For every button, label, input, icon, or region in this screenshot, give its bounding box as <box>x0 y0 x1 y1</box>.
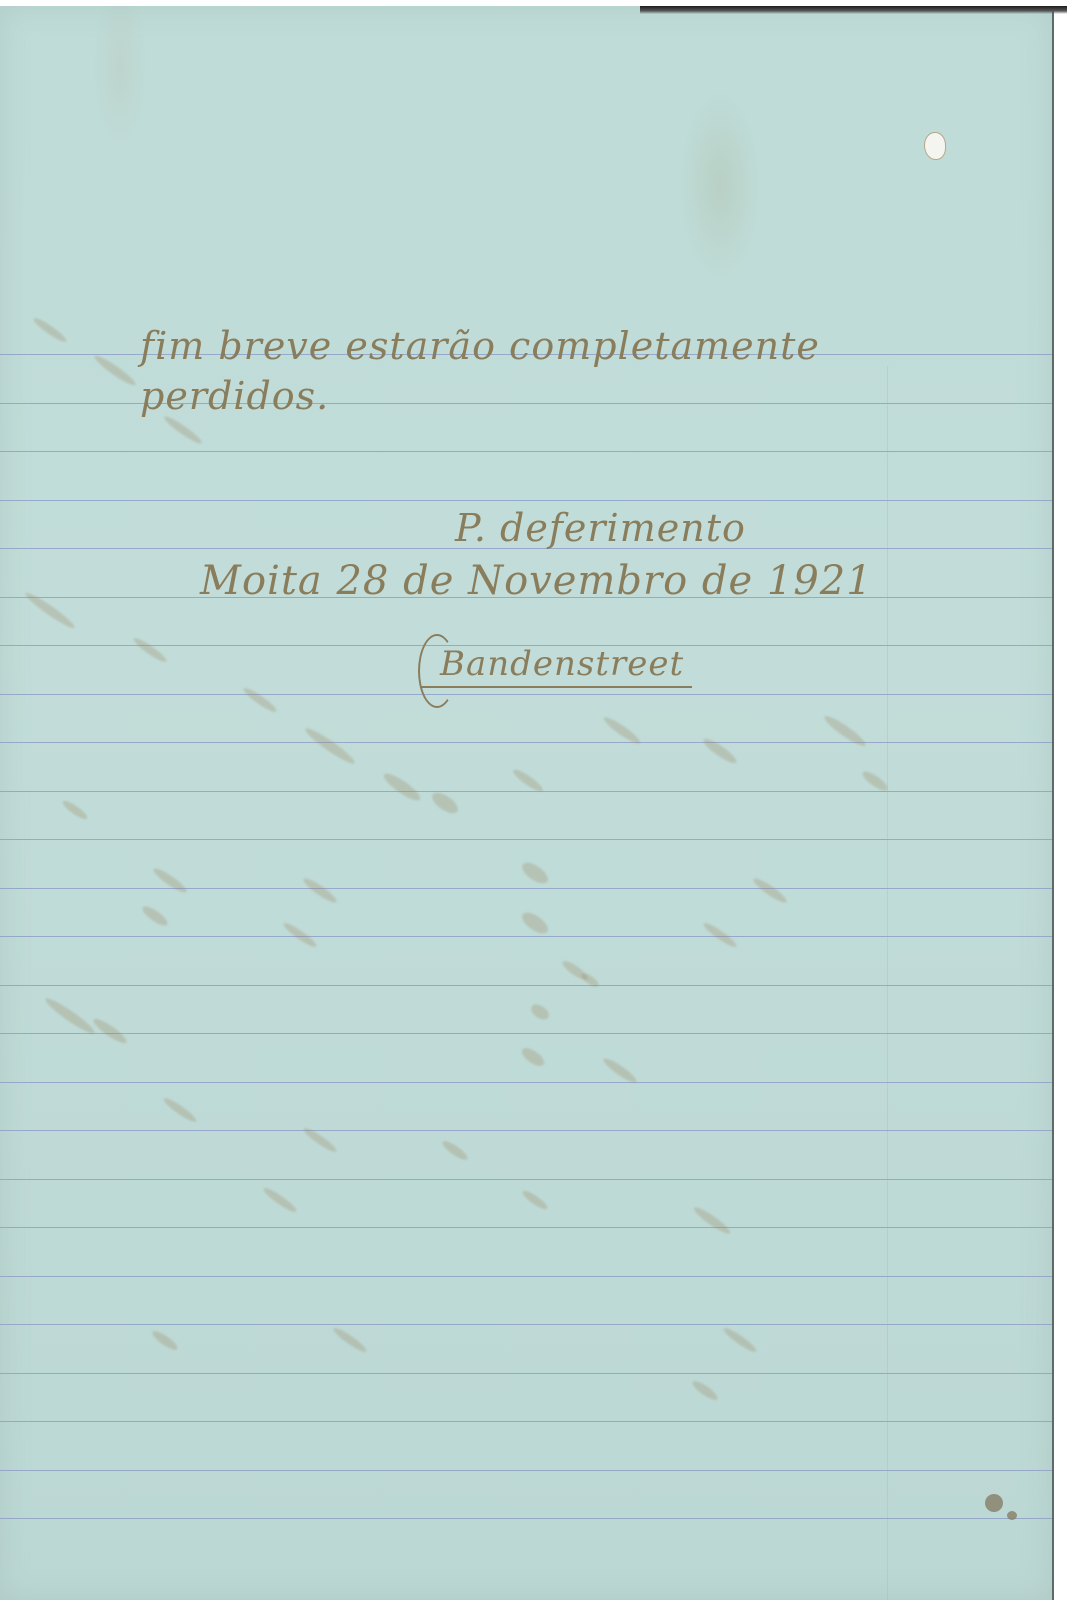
paper-hole <box>924 132 946 160</box>
ruled-line <box>0 1082 1052 1083</box>
bleed-mark <box>131 635 168 664</box>
ruled-line <box>0 1033 1052 1034</box>
bleed-mark <box>91 1015 130 1046</box>
ruled-line <box>0 500 1052 501</box>
ruled-line <box>0 694 1052 695</box>
bleed-mark <box>92 352 138 388</box>
bleed-mark <box>691 1204 732 1237</box>
bleed-mark <box>301 875 339 905</box>
fold-crease <box>887 366 888 1600</box>
ruled-line <box>0 1179 1052 1180</box>
bleed-mark <box>519 909 552 938</box>
bleed-mark <box>721 1325 758 1354</box>
bleed-mark <box>429 789 462 818</box>
bleed-mark <box>528 1001 551 1022</box>
bleed-mark <box>580 971 601 989</box>
body-text-line-1: fim breve estarão completamente <box>140 324 820 368</box>
bleed-mark <box>162 414 204 447</box>
ruled-line <box>0 1276 1052 1277</box>
ruled-line <box>0 742 1052 743</box>
bleed-mark <box>31 315 68 344</box>
letter-page: fim breve estarão completamente perdidos… <box>0 6 1054 1600</box>
body-text-line-2: perdidos. <box>140 374 329 418</box>
bleed-mark <box>822 713 869 750</box>
ruled-line <box>0 451 1052 452</box>
bleed-mark <box>440 1138 470 1163</box>
bleed-mark <box>303 725 358 768</box>
scan-edge-shadow <box>640 6 1067 14</box>
ink-stain <box>985 1494 1003 1512</box>
bleed-mark <box>281 920 318 949</box>
bleed-mark <box>60 798 89 822</box>
bleed-mark <box>241 685 278 714</box>
bleed-mark <box>331 1325 368 1354</box>
bleed-mark <box>519 1045 547 1070</box>
bleed-mark <box>161 1095 198 1124</box>
place-and-date: Moita 28 de Novembro de 1921 <box>200 558 873 604</box>
bleed-mark <box>701 920 738 949</box>
ruled-line <box>0 1421 1052 1422</box>
bleed-mark <box>43 995 98 1038</box>
ruled-line <box>0 1324 1052 1325</box>
closing-salutation: P. deferimento <box>455 506 746 550</box>
bleed-mark <box>381 769 424 804</box>
ruled-line <box>0 839 1052 840</box>
bleed-mark <box>151 865 189 895</box>
ruled-line <box>0 1470 1052 1471</box>
bleed-mark <box>701 735 740 766</box>
ruled-line <box>0 936 1052 937</box>
ruled-line <box>0 1227 1052 1228</box>
ink-stain <box>1007 1511 1017 1520</box>
ruled-line <box>0 1373 1052 1374</box>
bleed-mark <box>690 1378 720 1403</box>
ruled-line <box>0 985 1052 986</box>
ruled-line <box>0 1130 1052 1131</box>
bleed-mark <box>261 1185 298 1214</box>
bleed-mark <box>150 1328 180 1353</box>
ruled-line <box>0 791 1052 792</box>
ruled-line <box>0 888 1052 889</box>
bleed-mark <box>520 1188 549 1212</box>
bleed-mark <box>140 903 170 928</box>
bleed-mark <box>519 859 552 888</box>
signature: Bandenstreet <box>420 644 692 688</box>
ruled-line <box>0 1518 1052 1519</box>
bleed-mark <box>751 875 789 905</box>
